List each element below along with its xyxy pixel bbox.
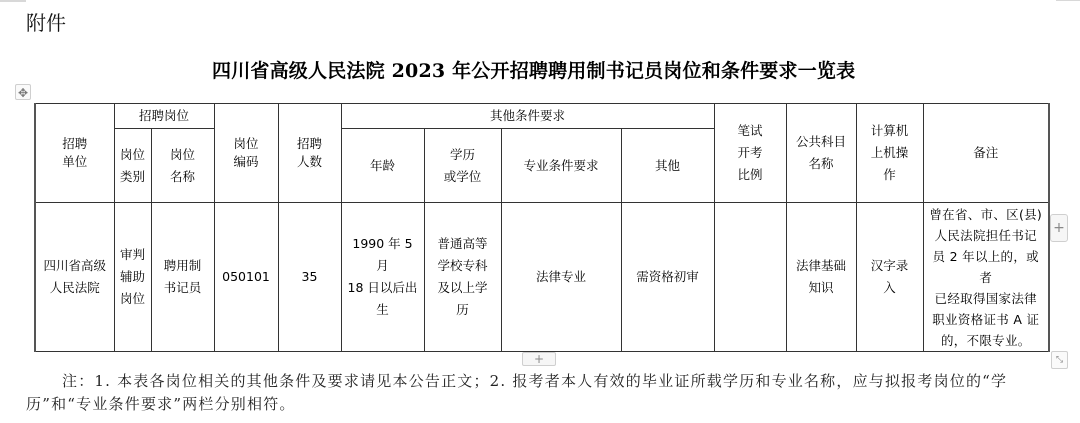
cell-headcount-text: 35 <box>302 269 318 284</box>
header-other-text: 其他 <box>655 158 680 173</box>
cell-public-subject[interactable]: 法律基础 知识 <box>786 203 856 352</box>
header-computer-test-text: 计算机 上机操 作 <box>871 123 909 182</box>
footnote: 注：1. 本表各岗位相关的其他条件及要求请见本公告正文；2. 报考者本人有效的毕… <box>26 370 1066 416</box>
header-remarks[interactable]: 备注 <box>923 104 1049 203</box>
add-column-button[interactable]: + <box>1050 214 1068 242</box>
document-title: 四川省高级人民法院 2023 年公开招聘聘用制书记员岗位和条件要求一览表 <box>212 58 892 84</box>
header-position-name[interactable]: 岗位 名称 <box>151 129 214 203</box>
cell-other-text: 需资格初审 <box>636 269 699 284</box>
header-position-group[interactable]: 招聘岗位 <box>114 104 214 129</box>
header-age[interactable]: 年龄 <box>341 129 424 203</box>
cell-other[interactable]: 需资格初审 <box>621 203 714 352</box>
cell-age-text: 1990 年 5 月 18 日以后出 生 <box>348 236 418 317</box>
cell-headcount[interactable]: 35 <box>278 203 341 352</box>
cell-remarks[interactable]: 曾在省、市、区(县) 人民法院担任书记 员 2 年以上的，或者 已经取得国家法律… <box>923 203 1049 352</box>
table-resize-handle-icon[interactable]: ⤡ <box>1051 351 1068 369</box>
header-exam-ratio-text: 笔试 开考 比例 <box>737 123 762 182</box>
header-position-group-text: 招聘岗位 <box>139 108 189 123</box>
header-exam-ratio[interactable]: 笔试 开考 比例 <box>714 104 786 203</box>
header-public-subject[interactable]: 公共科目 名称 <box>786 104 856 203</box>
cell-major[interactable]: 法律专业 <box>501 203 621 352</box>
header-other-conditions-text: 其他条件要求 <box>490 108 565 123</box>
cell-position-name-text: 聘用制 书记员 <box>164 258 202 295</box>
top-edge-strip-right <box>1056 0 1080 1</box>
cell-position-type-text: 审判 辅助 岗位 <box>120 247 145 306</box>
header-headcount-text: 招聘 人数 <box>297 136 322 169</box>
header-unit-text: 招聘 单位 <box>62 136 87 169</box>
cell-computer-test[interactable]: 汉字录 入 <box>856 203 923 352</box>
header-position-type-text: 岗位 类别 <box>120 147 145 184</box>
table-move-handle-icon[interactable]: ✥ <box>15 84 31 100</box>
header-computer-test[interactable]: 计算机 上机操 作 <box>856 104 923 203</box>
header-other-conditions-group[interactable]: 其他条件要求 <box>341 104 714 129</box>
cell-position-code[interactable]: 050101 <box>214 203 278 352</box>
add-row-button[interactable]: + <box>522 352 556 366</box>
cell-position-code-text: 050101 <box>222 269 270 284</box>
cell-public-subject-text: 法律基础 知识 <box>796 258 846 295</box>
cell-position-type[interactable]: 审判 辅助 岗位 <box>114 203 151 352</box>
header-other[interactable]: 其他 <box>621 129 714 203</box>
header-unit[interactable]: 招聘 单位 <box>35 104 114 203</box>
header-remarks-text: 备注 <box>973 145 998 160</box>
cell-age[interactable]: 1990 年 5 月 18 日以后出 生 <box>341 203 424 352</box>
cell-exam-ratio[interactable] <box>714 203 786 352</box>
header-row-1: 招聘 单位 招聘岗位 岗位 编码 招聘 人数 其他条件要求 笔试 开考 比例 公… <box>35 104 1049 129</box>
table-row: 四川省高级 人民法院 审判 辅助 岗位 聘用制 书记员 050101 35 19… <box>35 203 1049 352</box>
header-major[interactable]: 专业条件要求 <box>501 129 621 203</box>
header-education-text: 学历 或学位 <box>444 147 482 184</box>
header-major-text: 专业条件要求 <box>523 158 598 173</box>
header-headcount[interactable]: 招聘 人数 <box>278 104 341 203</box>
cell-unit[interactable]: 四川省高级 人民法院 <box>35 203 114 352</box>
positions-table: 招聘 单位 招聘岗位 岗位 编码 招聘 人数 其他条件要求 笔试 开考 比例 公… <box>34 103 1050 352</box>
cell-education[interactable]: 普通高等 学校专科 及以上学 历 <box>424 203 501 352</box>
cell-education-text: 普通高等 学校专科 及以上学 历 <box>437 236 487 317</box>
attachment-label: 附件 <box>26 10 66 36</box>
header-position-type[interactable]: 岗位 类别 <box>114 129 151 203</box>
cell-computer-test-text: 汉字录 入 <box>871 258 909 295</box>
header-education[interactable]: 学历 或学位 <box>424 129 501 203</box>
header-age-text: 年龄 <box>370 158 395 173</box>
cell-major-text: 法律专业 <box>536 269 586 284</box>
header-position-code-text: 岗位 编码 <box>233 136 258 169</box>
top-edge-strip <box>0 0 26 2</box>
cell-unit-text: 四川省高级 人民法院 <box>43 258 106 295</box>
header-position-name-text: 岗位 名称 <box>170 147 195 184</box>
header-public-subject-text: 公共科目 名称 <box>796 134 846 171</box>
cell-remarks-text: 曾在省、市、区(县) 人民法院担任书记 员 2 年以上的，或者 已经取得国家法律… <box>929 207 1042 348</box>
cell-position-name[interactable]: 聘用制 书记员 <box>151 203 214 352</box>
header-position-code[interactable]: 岗位 编码 <box>214 104 278 203</box>
